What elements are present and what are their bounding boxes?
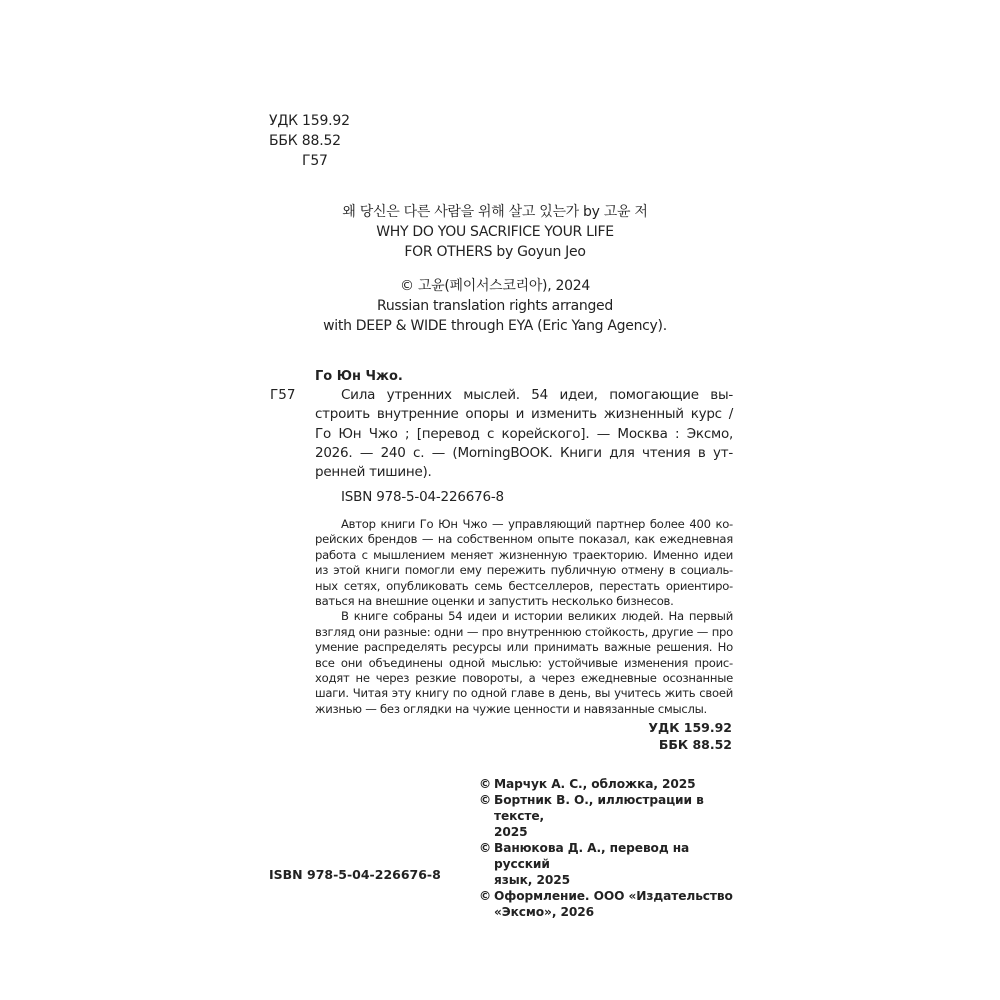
rights-notice: © 고윤(페이서스코리아), 2024 Russian translation … [260, 276, 730, 336]
biblio-line: строить внутренние опоры и изменить жизн… [315, 405, 733, 424]
credit-line: 2025 [494, 824, 739, 840]
credit-item: © Бортник В. О., иллюстрации в тексте, 2… [479, 792, 739, 840]
copyright-icon: © [479, 776, 491, 792]
annotation-line: ных сетях, опубликовать семь бестселлеро… [315, 579, 733, 594]
biblio-line: Сила утренних мыслей. 54 идеи, помогающи… [315, 386, 733, 405]
credit-line: «Эксмо», 2026 [494, 904, 739, 920]
copyright-credits: © Марчук А. С., обложка, 2025 © Бортник … [479, 776, 739, 920]
biblio-line: Го Юн Чжо ; [перевод с корейского]. — Мо… [315, 425, 733, 444]
annotation-line: умение распределять ресурсы или принимат… [315, 640, 733, 655]
catalog-author-heading: Го Юн Чжо. [315, 368, 403, 386]
annotation-line: шаги. Читая эту книгу по одной главе в д… [315, 686, 733, 701]
annotation-line: работа с мышлением меняет жизненную трае… [315, 548, 733, 563]
annotation: Автор книги Го Юн Чжо — управляющий парт… [315, 517, 733, 717]
bottom-udk-code: УДК 159.92 [648, 719, 732, 736]
bbk-code: ББК 88.52 [269, 131, 350, 151]
biblio-line: 2026. — 240 с. — (MorningBOOK. Книги для… [315, 444, 733, 463]
original-edition-title: 왜 당신은 다른 사람을 위해 살고 있는가 by 고윤 저 WHY DO YO… [260, 202, 730, 262]
rights-line-2: Russian translation rights arranged [260, 296, 730, 316]
credit-line: язык, 2025 [494, 872, 739, 888]
korean-title: 왜 당신은 다른 사람을 위해 살고 있는가 by 고윤 저 [260, 202, 730, 222]
catalog-card-code: Г57 [270, 386, 295, 404]
annotation-line: Автор книги Го Юн Чжо — управляющий парт… [315, 517, 733, 532]
credit-item: © Оформление. ООО «Издательство «Эксмо»,… [479, 888, 739, 920]
rights-line-3: with DEEP & WIDE through EYA (Eric Yang … [260, 316, 730, 336]
annotation-line: взгляд они разные: одни — про внутреннюю… [315, 625, 733, 640]
annotation-line: В книге собраны 54 идеи и истории велики… [315, 609, 733, 624]
credit-line: Бортник В. О., иллюстрации в тексте, [494, 792, 739, 824]
annotation-line: все они объединены одной мыслью: устойчи… [315, 656, 733, 671]
english-title-line-1: WHY DO YOU SACRIFICE YOUR LIFE [260, 222, 730, 242]
copyright-icon: © [479, 792, 491, 808]
classification-block: УДК 159.92 ББК 88.52 Г57 [269, 111, 350, 171]
bottom-bbk-code: ББК 88.52 [648, 736, 732, 753]
copyright-icon: © [479, 840, 491, 856]
annotation-line: жизнью — без оглядки на чужие ценности и… [315, 702, 733, 717]
biblio-line: ренней тишине). [315, 463, 733, 482]
english-title-line-2: FOR OTHERS by Goyun Jeo [260, 242, 730, 262]
credit-item: © Марчук А. С., обложка, 2025 [479, 776, 739, 792]
credit-line: Оформление. ООО «Издательство [494, 888, 739, 904]
annotation-line: ваться на внешние оценки и запустить нес… [315, 594, 733, 609]
udk-code: УДК 159.92 [269, 111, 350, 131]
isbn-bottom: ISBN 978-5-04-226676-8 [269, 866, 441, 883]
annotation-line: рейских брендов — на собственном опыте п… [315, 532, 733, 547]
bottom-classification: УДК 159.92 ББК 88.52 [648, 719, 732, 753]
rights-line-1: © 고윤(페이서스코리아), 2024 [260, 276, 730, 296]
credit-item: © Ванюкова Д. А., перевод на русский язы… [479, 840, 739, 888]
annotation-line: из этой книги помогли ему пережить публи… [315, 563, 733, 578]
credit-line: Марчук А. С., обложка, 2025 [494, 776, 739, 792]
copyright-icon: © [479, 888, 491, 904]
catalog-isbn: ISBN 978-5-04-226676-8 [341, 488, 504, 506]
annotation-line: ходят не через резкие повороты, а через … [315, 671, 733, 686]
bibliographic-description: Сила утренних мыслей. 54 идеи, помогающи… [315, 386, 733, 482]
author-mark: Г57 [269, 151, 350, 171]
credit-line: Ванюкова Д. А., перевод на русский [494, 840, 739, 872]
